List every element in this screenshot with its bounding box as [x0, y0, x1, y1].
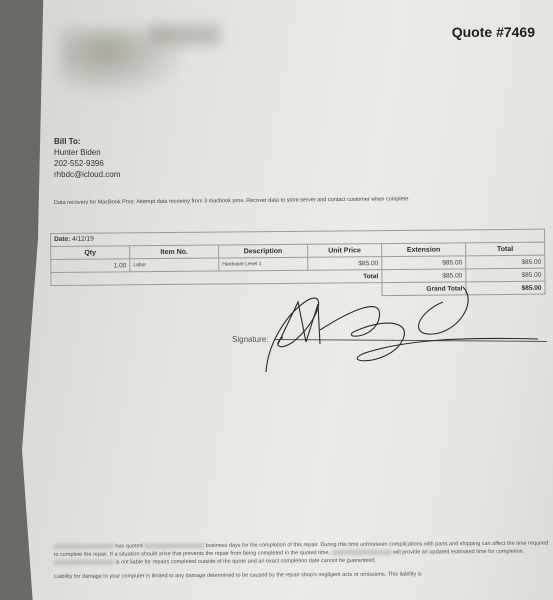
col-item-no: Item No. — [130, 245, 219, 259]
customer-name: Hunter Biden — [54, 147, 120, 158]
total-extension: $85.00 — [382, 269, 466, 283]
cell-extension: $85.00 — [382, 256, 466, 270]
col-unit-price: Unit Price — [307, 244, 381, 258]
total-value: $85.00 — [466, 268, 545, 282]
col-description: Description — [219, 244, 308, 258]
cell-total: $85.00 — [466, 255, 545, 269]
terms-paragraph-2: Liability for damage to your computer is… — [54, 570, 549, 581]
redacted-days — [144, 543, 204, 548]
cell-unit-price: $85.00 — [308, 257, 382, 271]
quote-title: Quote #7469 — [452, 24, 535, 40]
col-extension: Extension — [382, 243, 466, 257]
bill-to-block: Bill To: Hunter Biden 202-552-9396 rhbdc… — [54, 136, 120, 180]
cell-qty: 1.00 — [51, 259, 130, 273]
col-qty: Qty — [51, 246, 130, 260]
date-value: 4/12/19 — [72, 236, 94, 243]
terms-text: has quoted business days for the complet… — [54, 540, 549, 587]
handwritten-signature — [258, 282, 548, 392]
col-total: Total — [466, 242, 545, 256]
customer-email: rhbdc@icloud.com — [54, 169, 120, 180]
redacted-shop-name — [54, 544, 114, 549]
bill-to-label: Bill To: — [54, 136, 120, 147]
terms-paragraph-1: has quoted business days for the complet… — [54, 540, 549, 567]
date-label: Date: — [54, 236, 70, 243]
redacted-shop-name — [54, 560, 114, 565]
cell-item-no: Labor — [130, 258, 219, 272]
redacted-company-name — [150, 25, 220, 45]
redacted-shop-name — [332, 550, 392, 555]
cell-description: Hardware Level 1 — [219, 257, 308, 271]
customer-phone: 202-552-9396 — [54, 158, 120, 169]
